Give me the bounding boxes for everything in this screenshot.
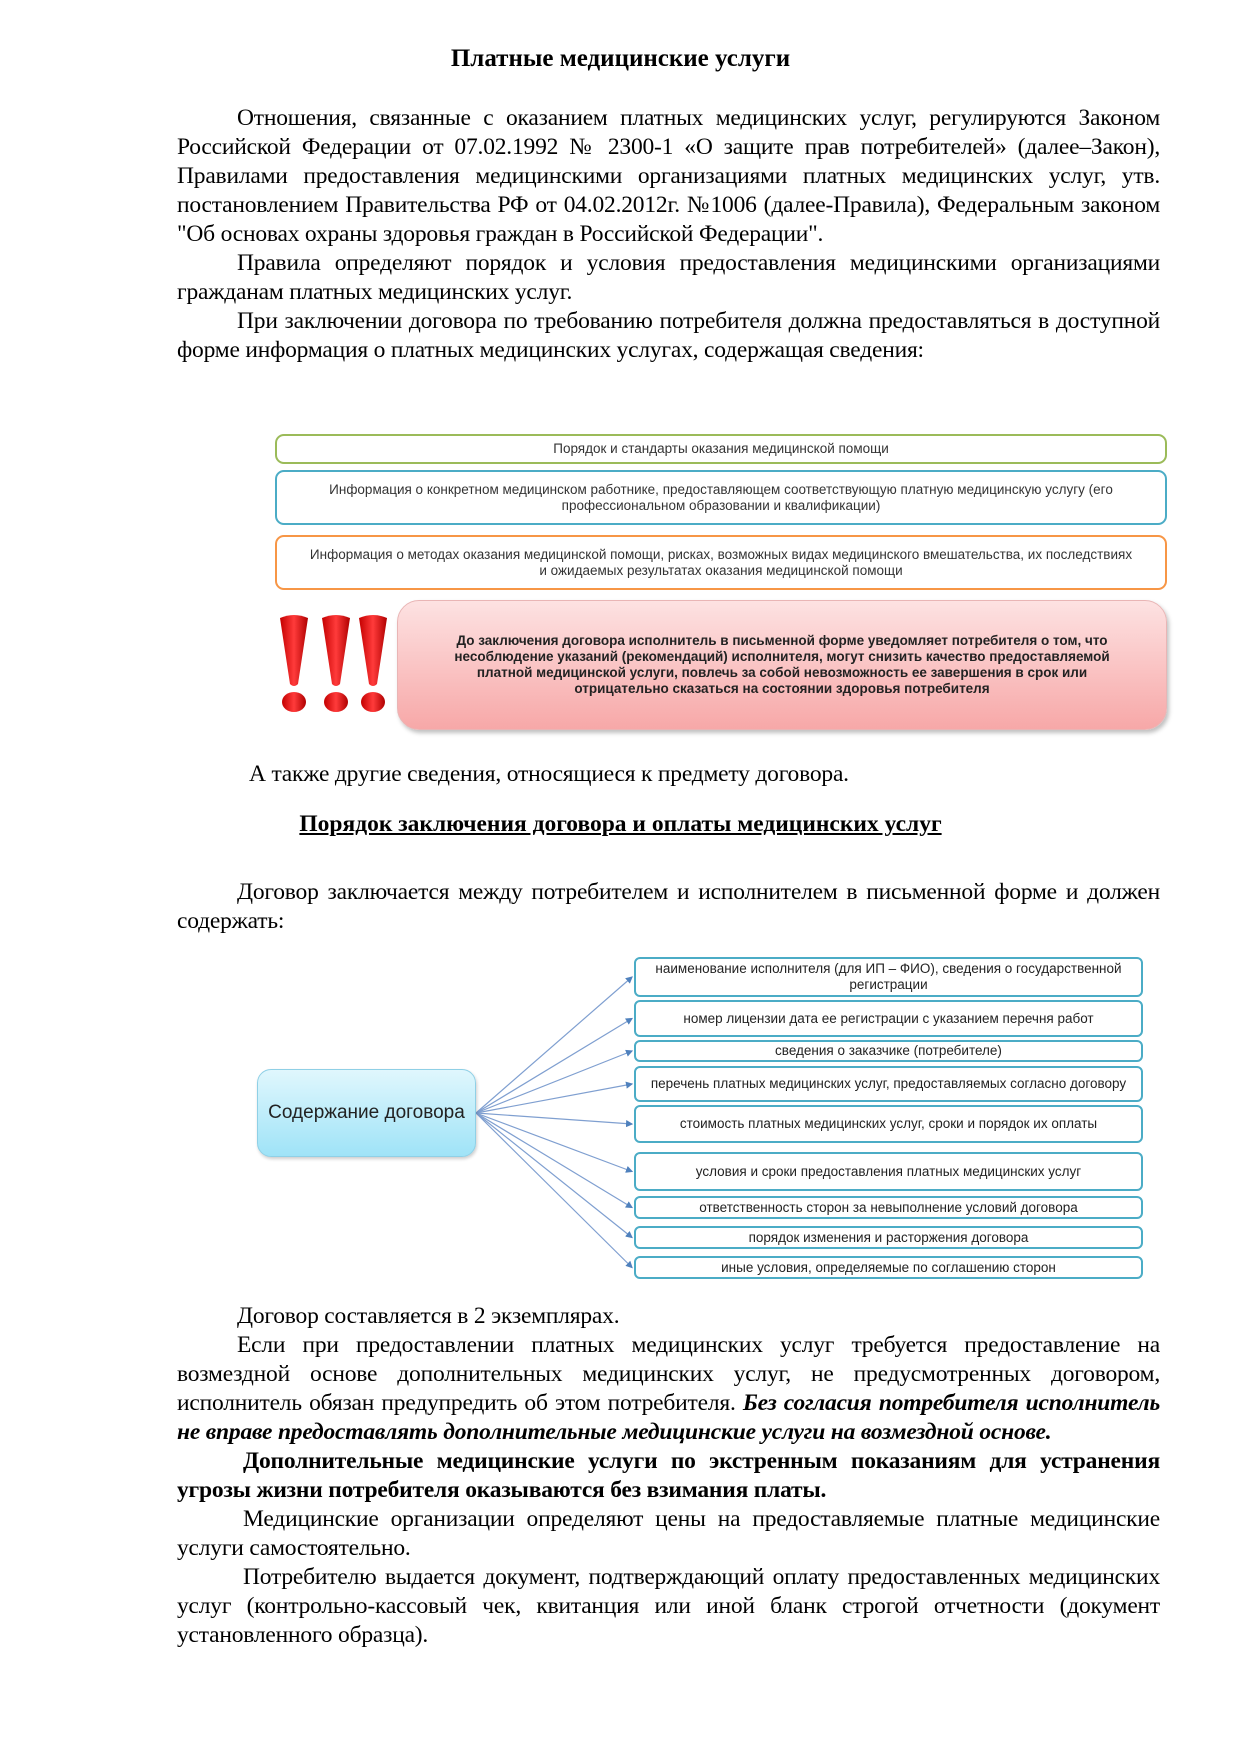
also-text: А также другие сведения, относящиеся к п… [177, 760, 1160, 789]
contract-item: порядок изменения и расторжения договора [634, 1226, 1143, 1249]
exclamation-icon [355, 614, 391, 714]
contract-item: сведения о заказчике (потребителе) [634, 1040, 1143, 1062]
contract-item: иные условия, определяемые по соглашению… [634, 1256, 1143, 1279]
intro-paragraph-1: Отношения, связанные с оказанием платных… [177, 104, 1160, 249]
info-box-medical-worker: Информация о конкретном медицинском рабо… [275, 470, 1167, 525]
info-box-standards: Порядок и стандарты оказания медицинской… [275, 434, 1167, 464]
intro-section: Отношения, связанные с оказанием платных… [177, 104, 1160, 365]
section2-intro: Договор заключается между потребителем и… [177, 878, 1160, 936]
closing-section: Договор составляется в 2 экземплярах. Ес… [177, 1302, 1160, 1650]
section2-paragraph: Договор заключается между потребителем и… [177, 878, 1160, 936]
payment-document-paragraph: Потребителю выдается документ, подтвержд… [177, 1563, 1160, 1650]
page-title: Платные медицинские услуги [0, 44, 1241, 74]
contract-content-node: Содержание договора [257, 1069, 476, 1157]
copies-paragraph: Договор составляется в 2 экземплярах. [177, 1302, 1160, 1331]
contract-item: наименование исполнителя (для ИП – ФИО),… [634, 957, 1143, 997]
contract-item: ответственность сторон за невыполнение у… [634, 1196, 1143, 1219]
warning-box: До заключения договора исполнитель в пис… [397, 600, 1167, 730]
info-box-methods-risks: Информация о методах оказания медицинско… [275, 535, 1167, 590]
section-heading: Порядок заключения договора и оплаты мед… [0, 810, 1241, 839]
contract-item: номер лицензии дата ее регистрации с ука… [634, 1000, 1143, 1037]
contract-item: условия и сроки предоставления платных м… [634, 1152, 1143, 1191]
exclamation-icon [276, 614, 312, 714]
additional-services-paragraph: Если при предоставлении платных медицинс… [177, 1331, 1160, 1447]
also-text-block: А также другие сведения, относящиеся к п… [177, 760, 1160, 789]
exclamation-icon [318, 614, 354, 714]
emergency-services-paragraph: Дополнительные медицинские услуги по экс… [177, 1447, 1160, 1505]
contract-item: стоимость платных медицинских услуг, сро… [634, 1105, 1143, 1143]
intro-paragraph-3: При заключении договора по требованию по… [177, 307, 1160, 365]
intro-paragraph-2: Правила определяют порядок и условия пре… [177, 249, 1160, 307]
contract-item: перечень платных медицинских услуг, пред… [634, 1066, 1143, 1102]
pricing-paragraph: Медицинские организации определяют цены … [177, 1505, 1160, 1563]
